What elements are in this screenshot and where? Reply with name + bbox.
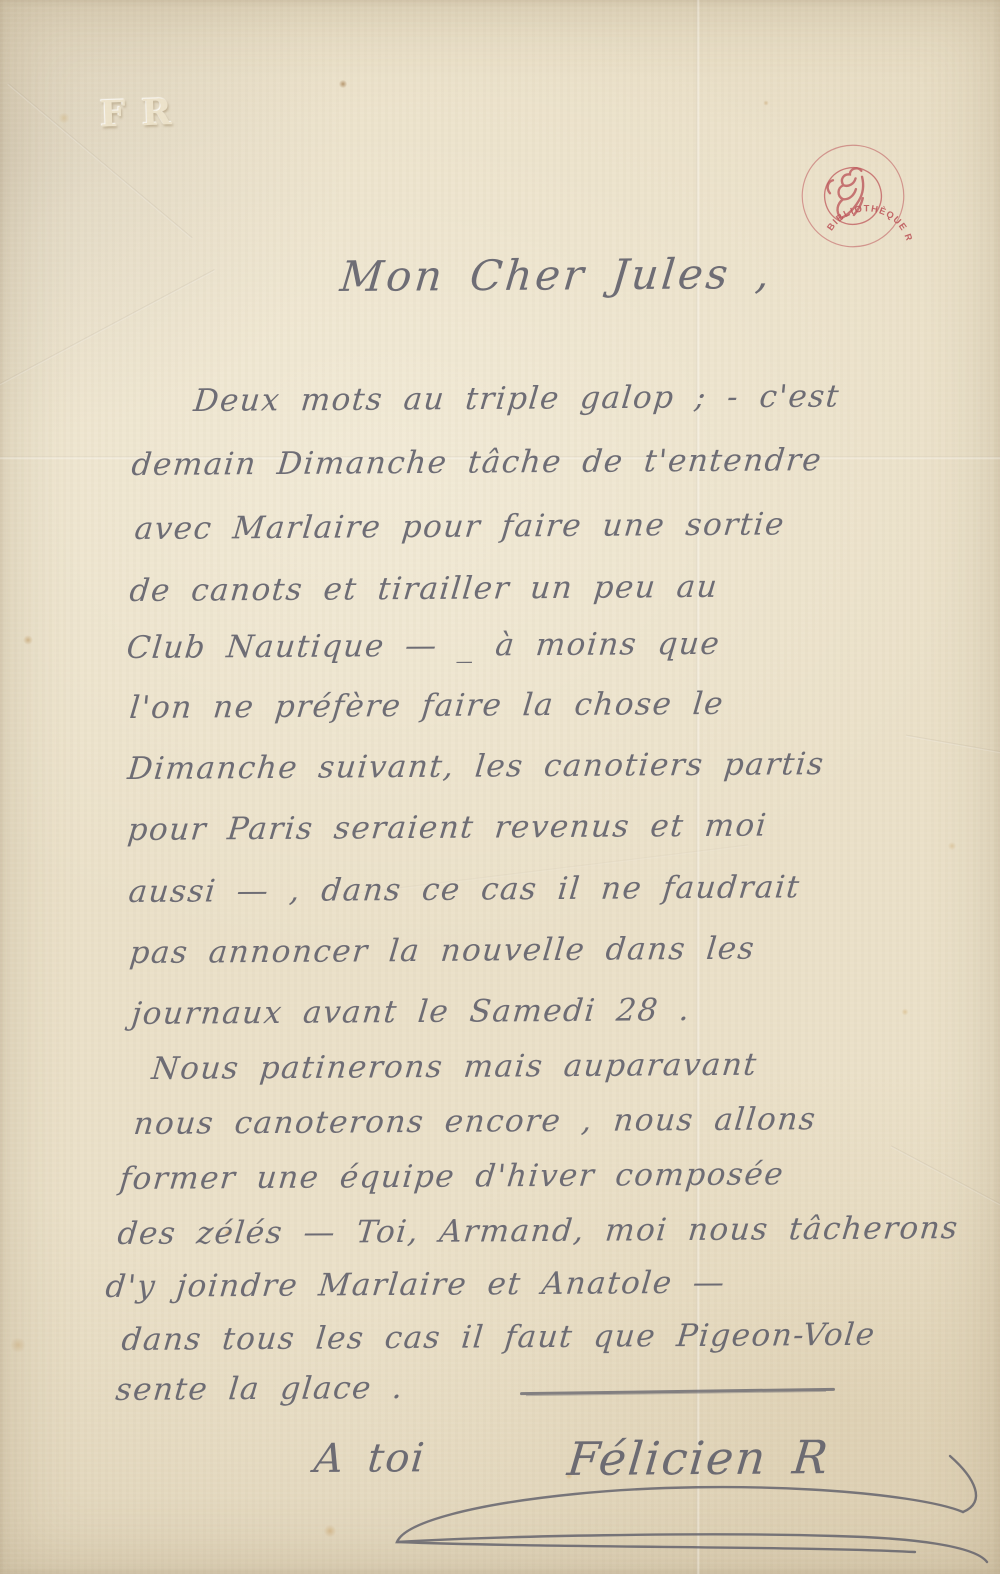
letter-line: Dimanche suivant, les canotiers partis [126,746,826,787]
signature: Félicien R [565,1430,832,1486]
library-stamp-icon: BIBLIOTHÈQUE ROYALE DE BELGIQUE • [785,128,921,264]
stamp-ring-text: BIBLIOTHÈQUE ROYALE DE BELGIQUE • [807,193,920,264]
letter-line: former une équipe d'hiver composée [118,1156,786,1197]
letter-line: pas annoncer la nouvelle dans les [128,931,757,971]
salutation: Mon Cher Jules , [338,249,775,301]
letter-line: sente la glace . [114,1370,406,1408]
embossed-monogram-watermark: FR [99,90,188,135]
letter-line: pour Paris seraient revenus et moi [126,808,769,848]
letter-line: des zélés — Toi, Armand, moi nous tâcher… [116,1210,960,1252]
crease-line [906,735,1000,758]
letter-line: Club Nautique — _ à moins que [125,626,722,666]
emphasis-underline [520,1388,835,1395]
letter-line: dans tous les cas il faut que Pigeon-Vol… [120,1317,877,1358]
crease-line [0,269,215,393]
svg-text:BIBLIOTHÈQUE ROYALE DE BELGIQU: BIBLIOTHÈQUE ROYALE DE BELGIQUE • [807,193,920,264]
letter-line: Deux mots au triple galop ; - c'est [192,378,842,419]
letter-line: d'y joindre Marlaire et Anatole — [104,1265,727,1305]
letter-line: Nous patinerons mais auparavant [150,1047,759,1087]
letter-line: journaux avant le Samedi 28 . [130,992,692,1032]
letter-scan: FR BIBLIOTHÈQUE ROYALE DE BELGIQUE • Mon… [0,0,1000,1574]
letter-line: l'on ne préfère faire la chose le [128,686,726,726]
letter-line: nous canoterons encore , nous allons [132,1101,818,1142]
letter-line: demain Dimanche tâche de t'entendre [130,442,824,483]
letter-line: aussi — , dans ce cas il ne faudrait [127,869,802,910]
closing: A toi [312,1435,428,1482]
letter-line: avec Marlaire pour faire une sortie [133,506,787,547]
letter-line: de canots et tirailler un peu au [128,569,720,609]
